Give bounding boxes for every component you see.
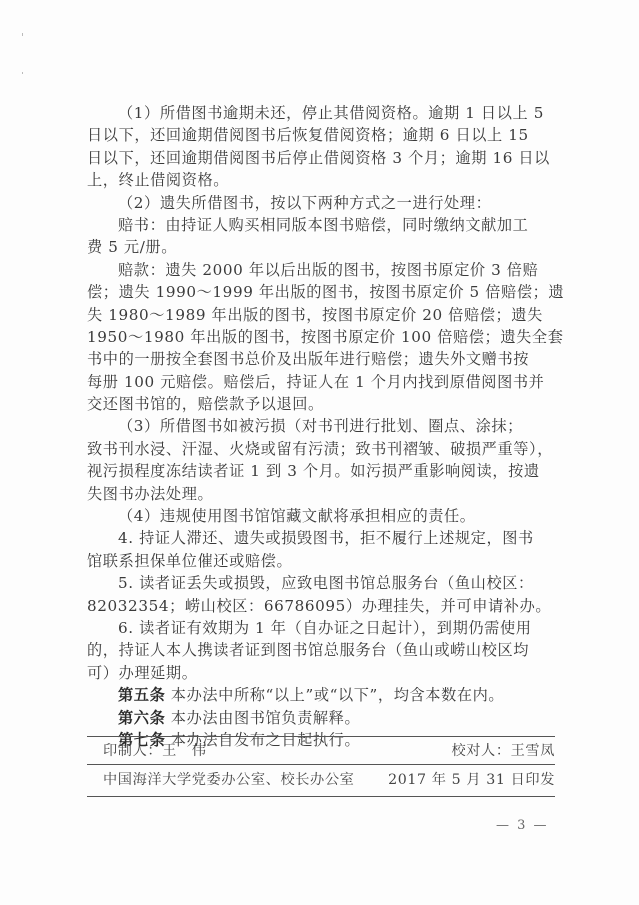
article-text: 本办法中所称“以上”或“以下”，均含本数在内。 xyxy=(165,686,504,704)
body-line: 失 1980～1989 年出版的图书，按图书原定价 20 倍赔偿；遗失 xyxy=(87,304,555,326)
scan-speck xyxy=(22,72,23,74)
body-line: 82032354；崂山校区：66786095）办理挂失，并可申请补办。 xyxy=(87,595,555,617)
page-number: — 3 — xyxy=(496,818,549,833)
body-line: 费 5 元/册。 xyxy=(87,236,555,258)
article-label: 第五条 xyxy=(118,686,165,704)
body-line: 日以下，还回逾期借阅图书后停止借阅资格 3 个月；逾期 16 日以 xyxy=(87,147,555,169)
body-line: 偿；遗失 1990～1999 年出版的图书，按图书原定价 5 倍赔偿；遗 xyxy=(87,281,555,303)
issue-date: 2017 年 5 月 31 日印发 xyxy=(388,769,555,789)
body-line: 书中的一册按全套图书总价及出版年进行赔偿；遗失外文赠书按 xyxy=(87,348,555,370)
body-line: （1）所借图书逾期未还，停止其借阅资格。逾期 1 日以上 5 xyxy=(87,102,555,124)
proofreader-label: 校对人：王雪凤 xyxy=(451,740,555,760)
footer-row-issuer: 中国海洋大学党委办公室、校长办公室 2017 年 5 月 31 日印发 xyxy=(87,769,555,789)
article-6: 第六条 本办法由图书馆负责解释。 xyxy=(87,707,555,729)
body-line: 4. 持证人滞还、遗失或损毁图书，拒不履行上述规定，图书 xyxy=(87,527,555,549)
body-line: 失图书办法处理。 xyxy=(87,483,555,505)
footer-rule-top xyxy=(87,736,555,737)
body-line: 的，持证人本人携读者证到图书馆总服务台（鱼山或崂山校区均 xyxy=(87,639,555,661)
body-line: 致书刊水浸、汗湿、火烧或留有污渍；致书刊褶皱、破损严重等）， xyxy=(87,438,555,460)
document-page: （1）所借图书逾期未还，停止其借阅资格。逾期 1 日以上 5 日以下，还回逾期借… xyxy=(0,0,639,905)
body-line: 赔书：由持证人购买相同版本图书赔偿，同时缴纳文献加工 xyxy=(87,214,555,236)
body-line: 交还图书馆的，赔偿款予以退回。 xyxy=(87,393,555,415)
body-line: 馆联系担保单位催还或赔偿。 xyxy=(87,550,555,572)
body-line: 1950～1980 年出版的图书，按图书原定价 100 倍赔偿；遗失全套 xyxy=(87,326,555,348)
body-line: 可）办理延期。 xyxy=(87,662,555,684)
article-text: 本办法由图书馆负责解释。 xyxy=(165,709,360,727)
body-line: 上，终止借阅资格。 xyxy=(87,169,555,191)
footer-rule-bottom xyxy=(87,796,555,797)
body-line: 日以下，还回逾期借阅图书后恢复借阅资格；逾期 6 日以上 15 xyxy=(87,124,555,146)
scan-speck xyxy=(22,33,23,36)
body-line: 视污损程度冻结读者证 1 到 3 个月。如污损严重影响阅读，按遗 xyxy=(87,460,555,482)
body-line: 6. 读者证有效期为 1 年（自办证之日起计），到期仍需使用 xyxy=(87,617,555,639)
body-line: 赔款：遗失 2000 年以后出版的图书，按图书原定价 3 倍赔 xyxy=(87,259,555,281)
body-line: 5. 读者证丢失或损毁，应致电图书馆总服务台（鱼山校区： xyxy=(87,572,555,594)
printer-label: 印制人：王 伟 xyxy=(87,740,207,760)
footer-row-credits: 印制人：王 伟 校对人：王雪凤 xyxy=(87,740,555,760)
body-line: （2）遗失所借图书，按以下两种方式之一进行处理： xyxy=(87,192,555,214)
issuer: 中国海洋大学党委办公室、校长办公室 xyxy=(87,769,354,789)
body-line: （3）所借图书如被污损（对书刊进行批划、圈点、涂抹； xyxy=(87,415,555,437)
body-text: （1）所借图书逾期未还，停止其借阅资格。逾期 1 日以上 5 日以下，还回逾期借… xyxy=(87,102,555,751)
article-5: 第五条 本办法中所称“以上”或“以下”，均含本数在内。 xyxy=(87,684,555,706)
footer-rule-middle xyxy=(87,764,555,765)
body-line: （4）违规使用图书馆馆藏文献将承担相应的责任。 xyxy=(87,505,555,527)
article-label: 第六条 xyxy=(118,709,165,727)
body-line: 每册 100 元赔偿。赔偿后，持证人在 1 个月内找到原借阅图书并 xyxy=(87,371,555,393)
